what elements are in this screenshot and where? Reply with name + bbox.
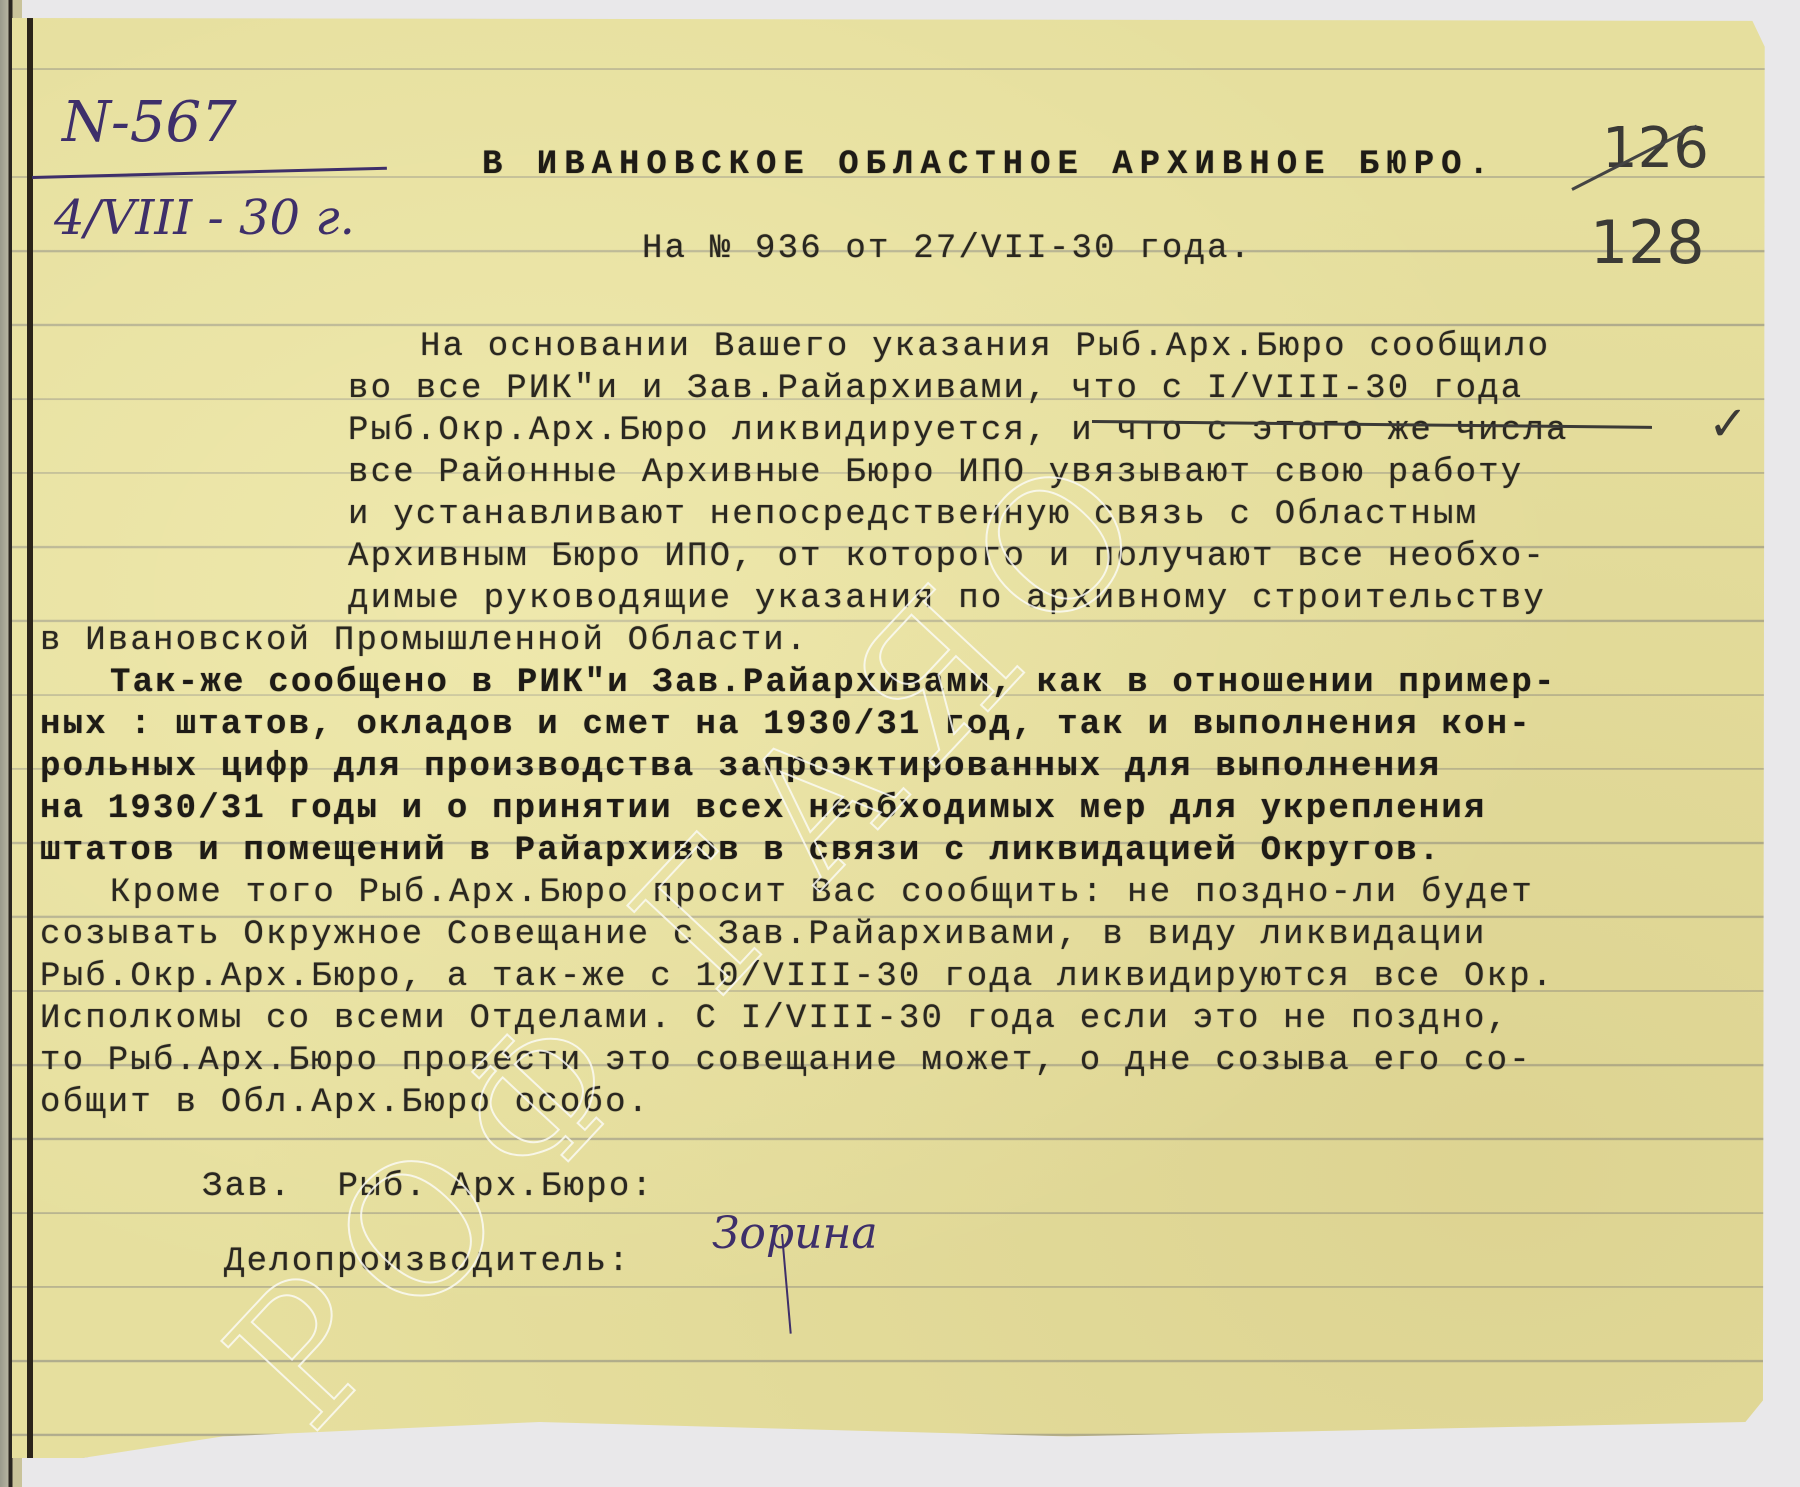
- registration-underline: [32, 167, 387, 179]
- body-line: созывать Окружное Совещание с Зав.Райарх…: [40, 916, 1487, 954]
- head-signature-label: Зав. Рыб. Арх.Бюро:: [202, 1168, 654, 1206]
- body-line: Рыб.Окр.Арх.Бюро, а так-же с 10/VIII-30 …: [40, 958, 1554, 996]
- body-line: Архивным Бюро ИПО, от которого и получаю…: [348, 538, 1546, 576]
- body-line: димые руководящие указания по архивному …: [348, 580, 1546, 618]
- body-line: На основании Вашего указания Рыб.Арх.Бюр…: [420, 328, 1550, 366]
- body-line: штатов и помещений в Райархивов в связи …: [40, 832, 1441, 870]
- clerk-signature: Зорина: [712, 1208, 878, 1259]
- archival-document-page: N-567 4/VIII - 30 г. 126 128 В ИВАНОВСКО…: [12, 18, 1770, 1458]
- body-line: в Ивановской Промышленной Области.: [40, 622, 809, 660]
- reference-line: На № 936 от 27/VII-30 года.: [642, 230, 1252, 268]
- folio-new-number: 128: [1590, 208, 1705, 278]
- registration-number: N-567: [62, 90, 237, 155]
- margin-binding-line: [27, 18, 33, 1458]
- body-line: Так-же сообщено в РИК"и Зав.Райархивами,…: [110, 664, 1557, 702]
- body-line: рольных цифр для производства запроэктир…: [40, 748, 1441, 786]
- margin-checkmark: ✓: [1708, 396, 1748, 452]
- body-line: все Районные Архивные Бюро ИПО увязывают…: [348, 454, 1523, 492]
- body-line: Исполкомы со всеми Отделами. С I/VIII-30…: [40, 1000, 1509, 1038]
- body-line: Рыб.Окр.Арх.Бюро ликвидируется, и что с …: [348, 412, 1569, 450]
- body-line: на 1930/31 годы и о принятии всех необхо…: [40, 790, 1487, 828]
- body-line: во все РИК"и и Зав.Райархивами, что с I/…: [348, 370, 1523, 408]
- body-line: и устанавливают непосредственную связь с…: [348, 496, 1478, 534]
- body-line: Кроме того Рыб.Арх.Бюро просит Вас сообщ…: [110, 874, 1534, 912]
- clerk-signature-label: Делопроизводитель:: [224, 1243, 631, 1281]
- body-line: то Рыб.Арх.Бюро провести это совещание м…: [40, 1042, 1532, 1080]
- body-line: ных : штатов, окладов и смет на 1930/31 …: [40, 706, 1532, 744]
- addressee-heading: В ИВАНОВСКОЕ ОБЛАСТНОЕ АРХИВНОЕ БЮРО.: [482, 146, 1496, 184]
- body-line: общит в Обл.Арх.Бюро особо.: [40, 1084, 650, 1122]
- registration-date: 4/VIII - 30 г.: [54, 190, 355, 246]
